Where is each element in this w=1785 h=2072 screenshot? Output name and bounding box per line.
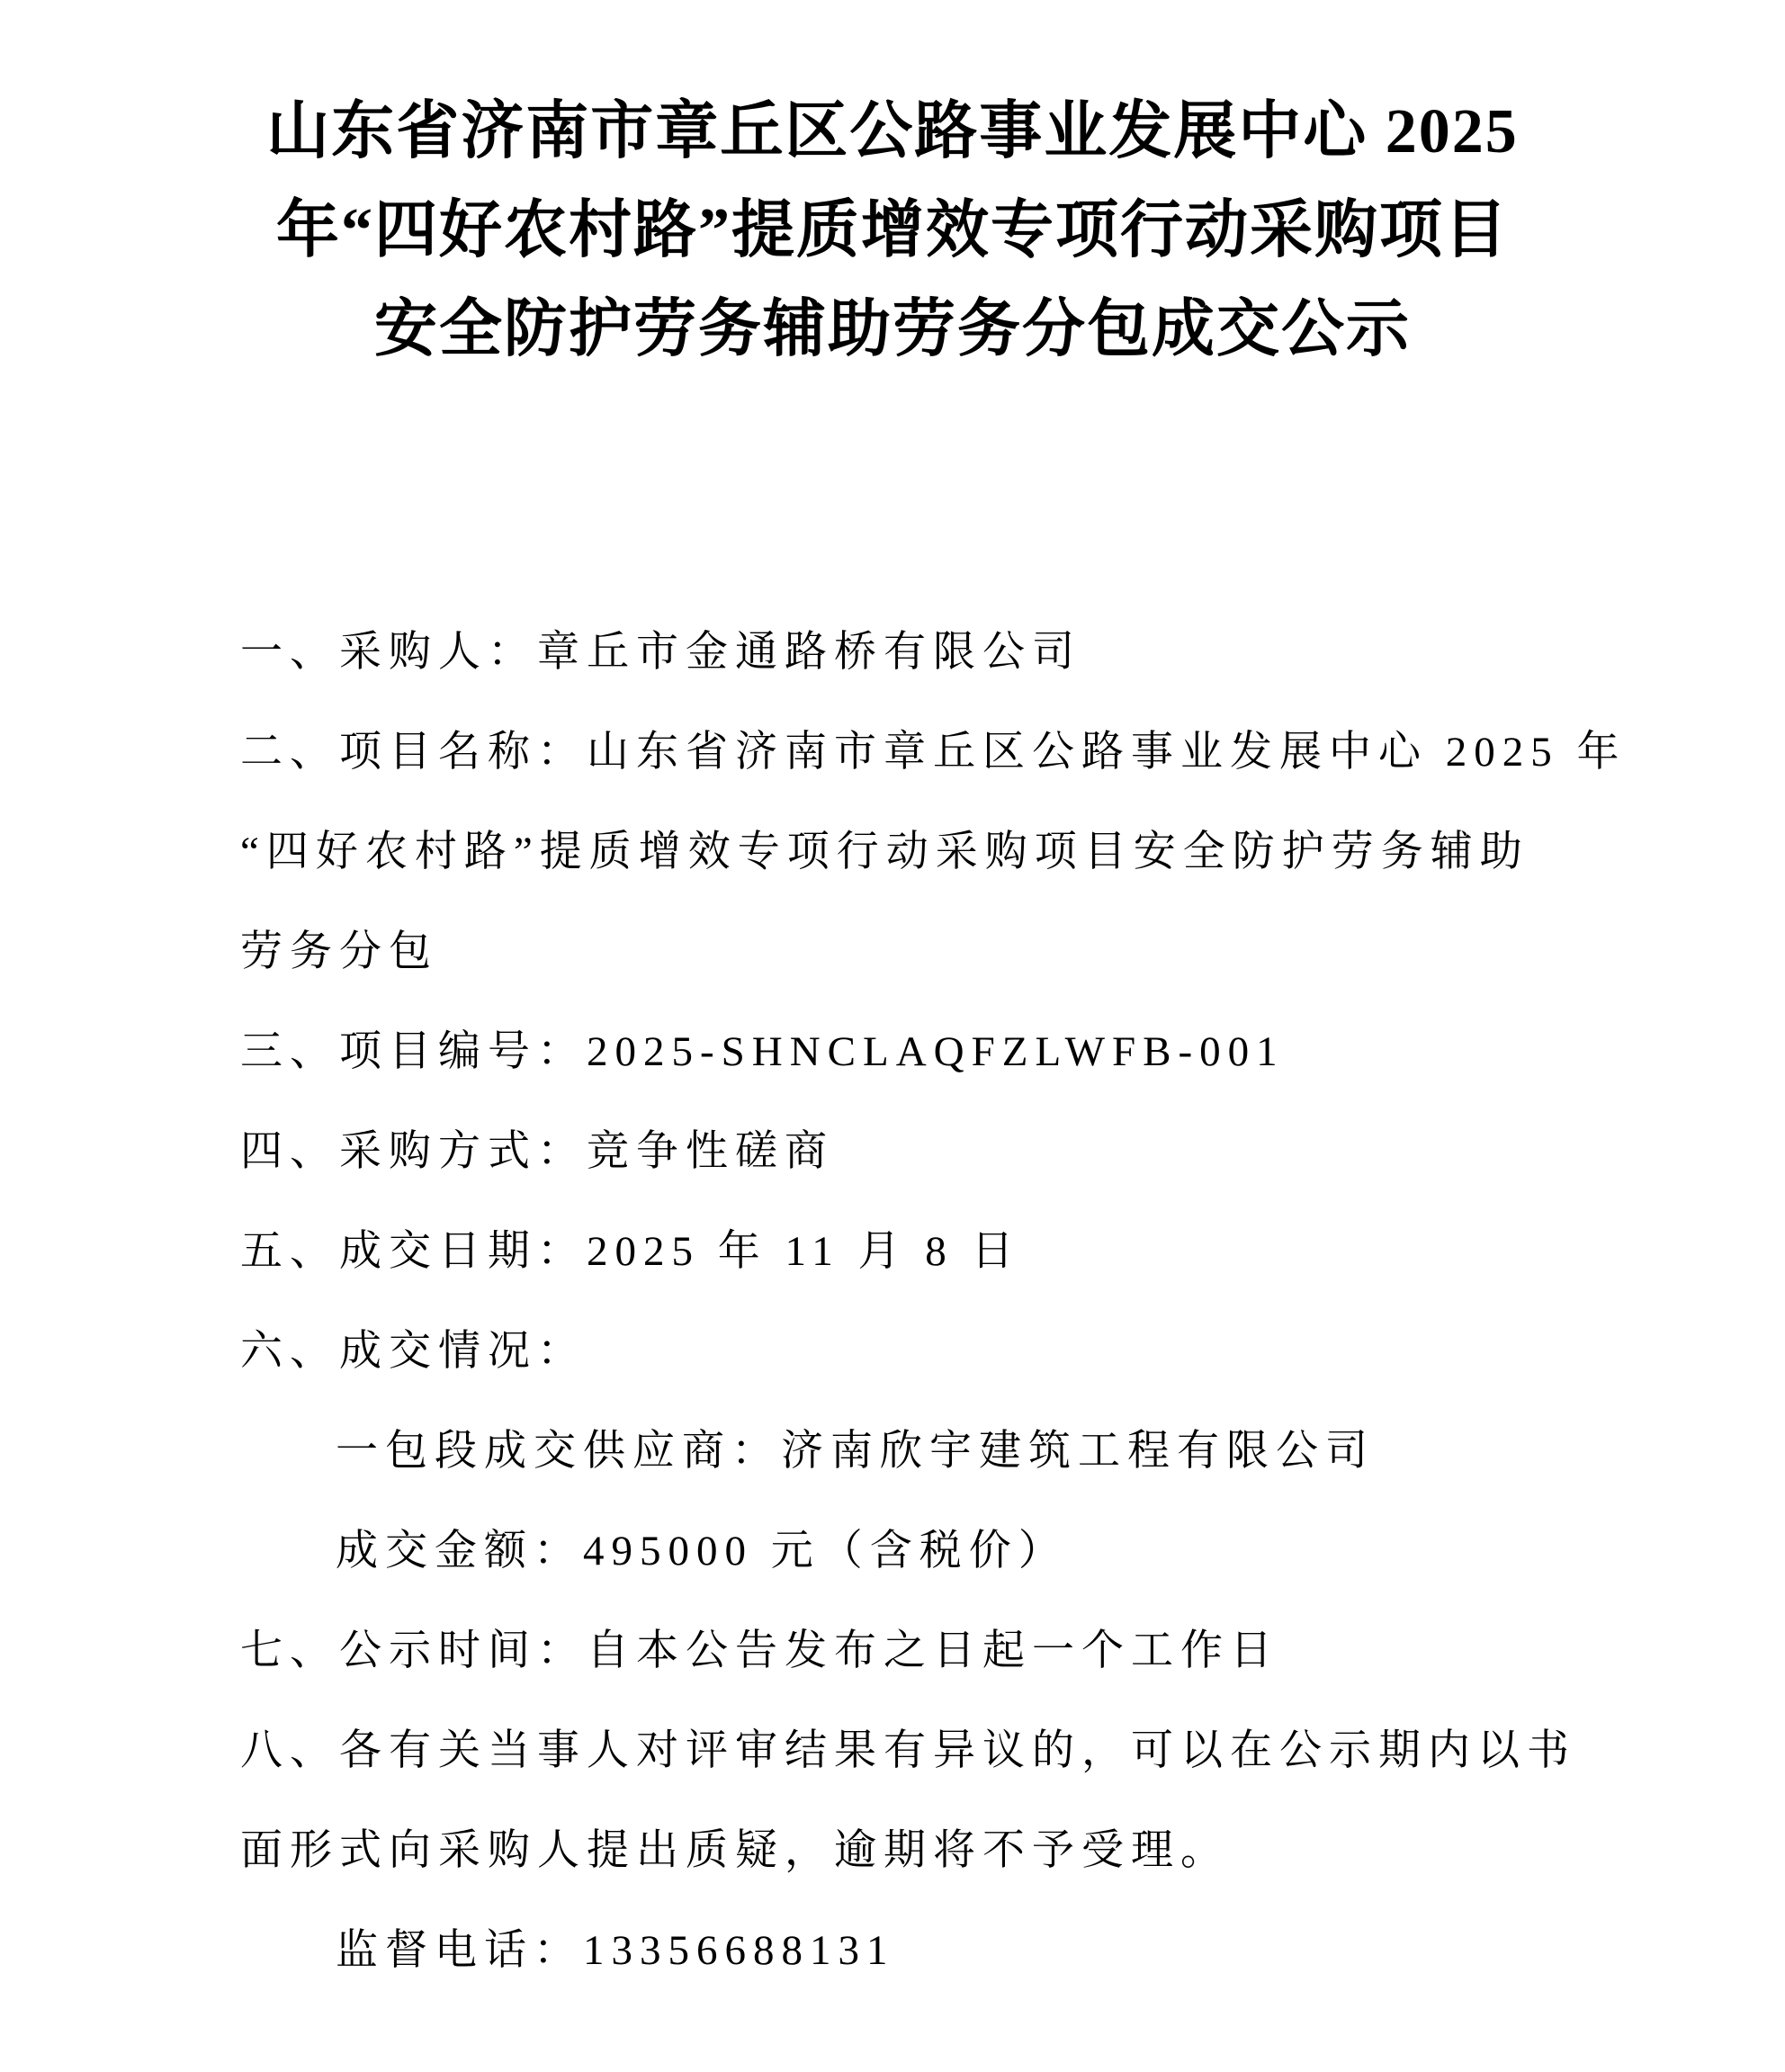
body-line-project-name-1: 二、项目名称：山东省济南市章丘区公路事业发展中心 2025 年 (240, 703, 1605, 803)
title-line-3: 安全防护劳务辅助劳务分包成交公示 (0, 281, 1785, 380)
body-line-project-name-2: “四好农村路”提质增效专项行动采购项目安全防护劳务辅助 (240, 803, 1605, 902)
title-line-2: 年“四好农村路”提质增效专项行动采购项目 (0, 182, 1785, 281)
body-line-objection-notice-2: 面形式向采购人提出质疑，逾期将不予受理。 (240, 1801, 1605, 1901)
body-line-deal-status-heading: 六、成交情况： (240, 1302, 1605, 1402)
body-line-objection-notice-1: 八、各有关当事人对评审结果有异议的，可以在公示期内以书 (240, 1701, 1605, 1801)
body-line-supervision-phone: 监督电话：13356688131 (240, 1901, 1605, 2001)
body-line-project-name-3: 劳务分包 (240, 902, 1605, 1002)
body-line-winning-supplier: 一包段成交供应商：济南欣宇建筑工程有限公司 (240, 1402, 1605, 1502)
document-title: 山东省济南市章丘区公路事业发展中心 2025 年“四好农村路”提质增效专项行动采… (0, 0, 1785, 380)
body-line-publicity-period: 七、公示时间：自本公告发布之日起一个工作日 (240, 1601, 1605, 1701)
body-line-purchaser: 一、采购人：章丘市金通路桥有限公司 (240, 603, 1605, 703)
body-line-deal-amount: 成交金额：495000 元（含税价） (240, 1502, 1605, 1601)
body-line-deal-date: 五、成交日期：2025 年 11 月 8 日 (240, 1202, 1605, 1302)
document-page: 山东省济南市章丘区公路事业发展中心 2025 年“四好农村路”提质增效专项行动采… (0, 0, 1785, 2072)
document-body: 一、采购人：章丘市金通路桥有限公司 二、项目名称：山东省济南市章丘区公路事业发展… (240, 603, 1605, 2001)
body-line-project-number: 三、项目编号：2025-SHNCLAQFZLWFB-001 (240, 1002, 1605, 1102)
title-line-1: 山东省济南市章丘区公路事业发展中心 2025 (0, 83, 1785, 182)
body-line-procurement-method: 四、采购方式：竞争性磋商 (240, 1102, 1605, 1202)
